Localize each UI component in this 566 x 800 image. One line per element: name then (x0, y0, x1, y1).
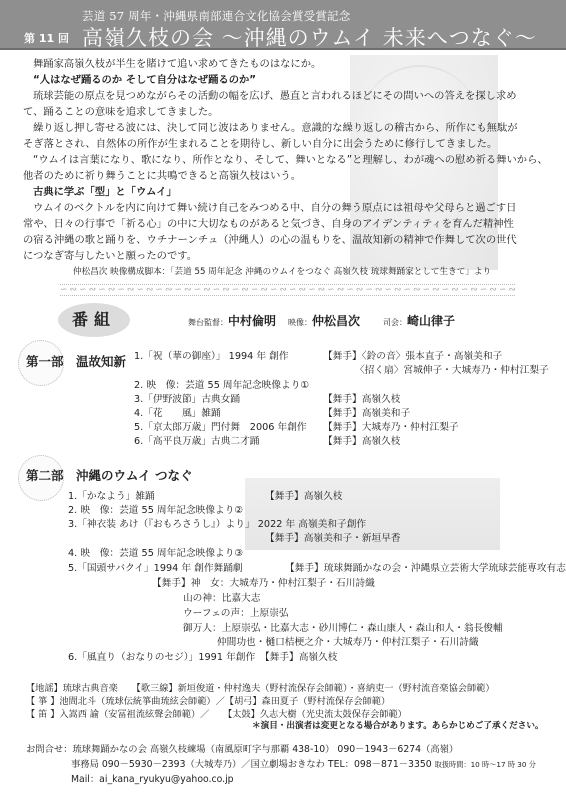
program-item: 1.「かなよう」雑踊 (68, 490, 155, 504)
intro-line: 琉球芸能の原点を見つめながらその活動の幅を広げ、愚直と言われるほどにその問いへの… (23, 88, 543, 104)
staff-stage-director: 舞台監督：中村倫明 (188, 312, 276, 329)
program-item: 3.「神衣装 あけ（『おもろさうし』）より」 2022 年 高嶺美和子創作 (68, 518, 366, 532)
program-performers: 【舞手】琉球舞踊かなの会・沖縄県立芸術大学琉球芸能専攻有志 (285, 562, 566, 576)
intro-line: そぎ落とされ、自然体の所作が生まれることを期待し、新しい自分に出会うために修行し… (23, 136, 543, 152)
contact-line: 事務局 090－5930－2393（大城寿乃）／国立劇場おきなわ TEL：098… (71, 756, 536, 770)
part1-title: 第一部 温故知新 (26, 352, 126, 370)
program-item: 3.「伊野波節」古典女踊 (134, 393, 240, 407)
program-performers: 【舞手】高嶺美和子 (323, 407, 410, 421)
program-performers: 〈招く扇〉宮城伸子・大城寿乃・仲村江梨子 (355, 364, 549, 378)
program-item: 2. 映 像：芸道 55 周年記念映像より② (68, 504, 243, 518)
credits-line: 【 笛 】入嵩西 諭（安冨祖流絃聲会師範）／ 【太鼓】久志大樹（光史流太鼓保存会… (26, 706, 407, 720)
cast-line: 御万人：上原崇弘・比嘉大志・砂川博仁・森山康人・森山和人・翁長俊輔 (183, 622, 503, 636)
program-item: 4. 映 像：芸道 55 周年記念映像より③ (68, 547, 243, 561)
intro-line: 舞踊家高嶺久枝が半生を賭けて追い求めてきたものはなにか。 (23, 56, 543, 72)
change-notice: ＊演目・出演者は変更となる場合があります。あらかじめご了承ください。 (252, 719, 544, 731)
credits-line: 【地謡】琉球古典音楽 【歌三線】新垣俊道・仲村逸夫（野村流保存会師範）・喜納吏一… (26, 680, 495, 694)
cast-line: ウーフェの声：上原崇弘 (183, 607, 289, 621)
intro-line: ウムイのベクトルを内に向けて舞い続け自己をみつめる中、自分の舞う原点には祖母や父… (23, 200, 543, 216)
staff-video: 映像：仲松昌次 (288, 312, 360, 329)
program-item: 6.「風直り（おなりのセジ）」1991 年創作 【舞手】高嶺久枝 (68, 651, 337, 665)
intro-quote: “人はなぜ踊るのか そして自分はなぜ踊るのか” (23, 72, 543, 88)
program-badge: 番組 (58, 303, 130, 337)
credits-line: 【 箏 】池間北斗（琉球伝統箏曲琉絃会師範）／【胡弓】森田夏子（野村流保存会師範… (26, 693, 390, 707)
program-performers: 【舞手】〈鈴の音〉張本直子・高嶺美和子 (323, 350, 502, 364)
intro-line: につなぎ寄与したいと願ったのです。 (23, 248, 543, 264)
cast-line: 仲間功也・樋口桔梗之介・大城寿乃・仲村江梨子・石川詩織 (217, 636, 479, 650)
intro-subheading: 古典に学ぶ「型」と「ウムイ」 (23, 184, 543, 200)
program-item: 4.「花 風」雑踊 (134, 407, 221, 421)
intro-source: 仲松昌次 映像構成脚本：「芸道 55 周年記念 沖縄のウムイをつなぐ 高嶺久枝 … (23, 264, 543, 280)
program-performers: 【舞手】高嶺久枝 (323, 435, 401, 449)
intro-line: 他者のために祈り舞うことに共鳴できると高嶺久枝はいう。 (23, 168, 543, 184)
intro-line: 繰り返し押し寄せる波には、決して同じ波はありません。意識的な繰り返しの稽古から、… (23, 120, 543, 136)
intro-line: て、踊ることの意味を追求してきました。 (23, 104, 543, 120)
program-item: 6.「高平良万歳」古典二才踊 (134, 435, 260, 449)
intro-line: 常や、日々の行事で「祈る心」の中に大切なものがあると気づき、自身のアイデンティテ… (23, 216, 543, 232)
office-hours: 取扱時間：10 時〜17 時 30 分 (435, 760, 536, 769)
program-item: 1.「祝（華の御座）」 1994 年 創作 (134, 350, 289, 364)
decorative-divider: ∽∾∽∾∽∾∽∾∽∾∽∾∽∾∽∾∽∾∽∾∽∾∽∾∽∾∽∾∽∾∽∾∽∾∽∾∽∾∽∾… (60, 284, 515, 296)
cast-line: 山の神：比嘉大志 (183, 592, 261, 606)
part2-title: 第二部 沖縄のウムイ つなぐ (26, 466, 192, 484)
contact-line: お問合せ：琉球舞踊かなの会 高嶺久枝練場（南風原町字与那覇 438-10） 09… (26, 741, 458, 755)
contact-email[interactable]: Mail：ai_kana_ryukyu@yahoo.co.jp (71, 771, 234, 785)
program-item: 2. 映 像：芸道 55 周年記念映像より① (134, 379, 309, 393)
program-performers: 【舞手】高嶺美和子・新垣早香 (265, 532, 401, 546)
program-performers: 【舞手】高嶺久枝 (323, 393, 401, 407)
program-performers: 【舞手】大城寿乃・仲村江梨子 (323, 421, 459, 435)
header-banner: 芸道 57 周年・沖縄県南部連合文化協会賞受賞記念 第 11 回 高嶺久枝の会 … (0, 0, 566, 50)
program-item: 5.「国頭サバクイ」1994 年 創作舞踊劇 (68, 562, 243, 576)
staff-mc: 司会：崎山律子 (383, 312, 455, 329)
intro-line: “ウムイは言葉になり、歌になり、所作となり、そして、舞いとなる”と理解し、わが魂… (23, 152, 543, 168)
program-item: 5.「京太郎万歳」門付舞 2006 年創作 (134, 421, 307, 435)
cast-line: 【舞手】神 女：大城寿乃・仲村江梨子・石川詩織 (152, 577, 375, 591)
edition-label: 第 11 回 (24, 30, 69, 46)
intro-text: 舞踊家高嶺久枝が半生を賭けて追い求めてきたものはなにか。 “人はなぜ踊るのか そ… (23, 56, 543, 280)
event-title: 高嶺久枝の会 〜沖縄のウムイ 未来へつなぐ〜 (82, 22, 537, 52)
program-performers: 【舞手】高嶺久枝 (265, 490, 343, 504)
intro-line: の宿る沖縄の歌と踊りを、ウチナーンチュ（沖縄人）の心の温もりを、温故知新の精神で… (23, 232, 543, 248)
